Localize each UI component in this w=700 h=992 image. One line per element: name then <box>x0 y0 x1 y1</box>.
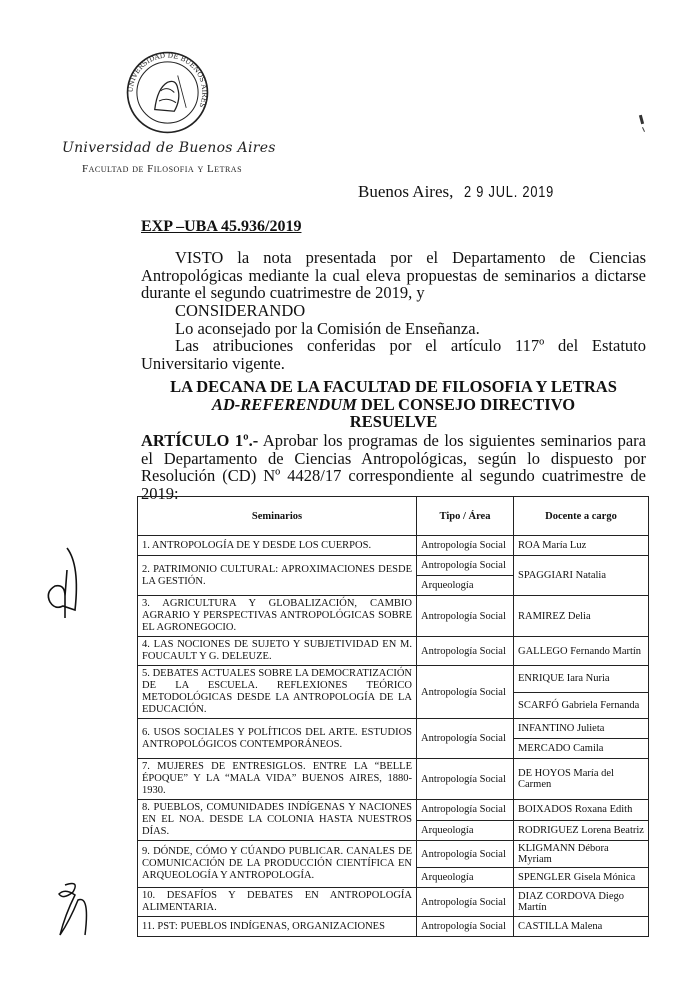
visto-paragraph: VISTO la nota presentada por el Departam… <box>141 249 646 302</box>
header-docente: Docente a cargo <box>514 497 649 536</box>
articulo-1-label: ARTÍCULO 1º.- <box>141 431 258 450</box>
seminar-docente: ENRIQUE Iara Nuria <box>514 666 649 693</box>
place: Buenos Aires, <box>358 182 453 201</box>
table-row: 4. LAS NOCIONES DE SUJETO Y SUBJETIVIDAD… <box>138 637 649 666</box>
seminar-docente: DIAZ CORDOVA Diego Martín <box>514 888 649 917</box>
seminar-title: 4. LAS NOCIONES DE SUJETO Y SUBJETIVIDAD… <box>138 637 417 666</box>
seminar-docente: BOIXADOS Roxana Edith <box>514 800 649 821</box>
seminar-title: 7. MUJERES DE ENTRESIGLOS. ENTRE LA “BEL… <box>138 759 417 800</box>
ad-referendum: AD-REFERENDUM <box>212 395 357 414</box>
seminar-title: 1. ANTROPOLOGÍA DE Y DESDE LOS CUERPOS. <box>138 536 417 556</box>
seminar-title: 5. DEBATES ACTUALES SOBRE LA DEMOCRATIZA… <box>138 666 417 719</box>
university-seal-icon: UNIVERSIDAD DE BUENOS AIRES <box>125 50 210 135</box>
seminar-docente: CASTILLA Malena <box>514 917 649 937</box>
resolution-heading-line1: LA DECANA DE LA FACULTAD DE FILOSOFIA Y … <box>141 378 646 396</box>
table-row: 1. ANTROPOLOGÍA DE Y DESDE LOS CUERPOS.A… <box>138 536 649 556</box>
seminar-docente: DE HOYOS María del Carmen <box>514 759 649 800</box>
seminar-title: 2. PATRIMONIO CULTURAL: APROXIMACIONES D… <box>138 556 417 596</box>
date-stamp: 2 9 JUL. 2019 <box>464 184 554 202</box>
considerando-label: CONSIDERANDO <box>175 302 646 320</box>
place-date: Buenos Aires, 2 9 JUL. 2019 <box>358 182 576 202</box>
seminar-area: Arqueología <box>417 868 514 888</box>
seminar-docente: GALLEGO Fernando Martín <box>514 637 649 666</box>
header-seminarios: Seminarios <box>138 497 417 536</box>
seminar-docente: RODRIGUEZ Lorena Beatriz <box>514 820 649 841</box>
table-row: 6. USOS SOCIALES Y POLÍTICOS DEL ARTE. E… <box>138 719 649 739</box>
table-row: 7. MUJERES DE ENTRESIGLOS. ENTRE LA “BEL… <box>138 759 649 800</box>
scan-mark <box>639 115 644 124</box>
signature-initials-icon <box>45 880 105 955</box>
seminar-docente: INFANTINO Julieta <box>514 719 649 739</box>
seminar-area: Arqueología <box>417 576 514 596</box>
table-header-row: Seminarios Tipo / Área Docente a cargo <box>138 497 649 536</box>
seminar-area: Arqueología <box>417 820 514 841</box>
seminar-area: Antropología Social <box>417 800 514 821</box>
seminar-area: Antropología Social <box>417 596 514 637</box>
table-row: 10. DESAFÍOS Y DEBATES EN ANTROPOLOGÍA A… <box>138 888 649 917</box>
seminar-title: 10. DESAFÍOS Y DEBATES EN ANTROPOLOGÍA A… <box>138 888 417 917</box>
resolution-heading-line2: AD-REFERENDUM DEL CONSEJO DIRECTIVO <box>141 396 646 414</box>
faculty-name: Facultad de Filosofia y Letras <box>82 163 242 175</box>
considerando-item-1: Lo aconsejado por la Comisión de Enseñan… <box>175 320 646 338</box>
table-row: 8. PUEBLOS, COMUNIDADES INDÍGENAS Y NACI… <box>138 800 649 821</box>
table-row: 2. PATRIMONIO CULTURAL: APROXIMACIONES D… <box>138 556 649 576</box>
articulo-1: ARTÍCULO 1º.- Aprobar los programas de l… <box>141 432 646 502</box>
svg-text:UNIVERSIDAD DE BUENOS AIRES: UNIVERSIDAD DE BUENOS AIRES <box>127 52 209 109</box>
table-row: 9. DÓNDE, CÓMO Y CÚANDO PUBLICAR. CANALE… <box>138 841 649 868</box>
header-tipo-area: Tipo / Área <box>417 497 514 536</box>
seminar-title: 8. PUEBLOS, COMUNIDADES INDÍGENAS Y NACI… <box>138 800 417 841</box>
scan-mark <box>642 127 645 132</box>
seminar-docente: RAMIREZ Delia <box>514 596 649 637</box>
expediente-number: EXP –UBA 45.936/2019 <box>141 218 301 236</box>
seminar-docente: KLIGMANN Débora Myriam <box>514 841 649 868</box>
seminar-title: 9. DÓNDE, CÓMO Y CÚANDO PUBLICAR. CANALE… <box>138 841 417 888</box>
seminar-docente: SCARFÓ Gabriela Fernanda <box>514 692 649 719</box>
table-row: 11. PST: PUEBLOS INDÍGENAS, ORGANIZACION… <box>138 917 649 937</box>
table-row: 5. DEBATES ACTUALES SOBRE LA DEMOCRATIZA… <box>138 666 649 693</box>
signature-initials-icon <box>35 540 95 620</box>
seminar-area: Antropología Social <box>417 719 514 759</box>
seminar-title: 6. USOS SOCIALES Y POLÍTICOS DEL ARTE. E… <box>138 719 417 759</box>
seminar-area: Antropología Social <box>417 666 514 719</box>
university-name: Universidad de Buenos Aires <box>62 140 276 156</box>
table-row: 3. AGRICULTURA Y GLOBALIZACIÓN, CAMBIO A… <box>138 596 649 637</box>
seminars-table: Seminarios Tipo / Área Docente a cargo 1… <box>137 496 649 937</box>
seminar-area: Antropología Social <box>417 556 514 576</box>
seminar-docente: ROA María Luz <box>514 536 649 556</box>
resolution-heading-resuelve: RESUELVE <box>141 413 646 431</box>
seminar-title: 11. PST: PUEBLOS INDÍGENAS, ORGANIZACION… <box>138 917 417 937</box>
seminar-docente: SPENGLER Gisela Mónica <box>514 868 649 888</box>
seminar-docente: SPAGGIARI Natalia <box>514 556 649 596</box>
seminar-title: 3. AGRICULTURA Y GLOBALIZACIÓN, CAMBIO A… <box>138 596 417 637</box>
seminar-area: Antropología Social <box>417 888 514 917</box>
seminar-area: Antropología Social <box>417 536 514 556</box>
considerando-item-2: Las atribuciones conferidas por el artíc… <box>141 337 646 372</box>
seminar-area: Antropología Social <box>417 759 514 800</box>
seminar-area: Antropología Social <box>417 637 514 666</box>
seminar-docente: MERCADO Camila <box>514 739 649 759</box>
seminar-area: Antropología Social <box>417 841 514 868</box>
seminar-area: Antropología Social <box>417 917 514 937</box>
